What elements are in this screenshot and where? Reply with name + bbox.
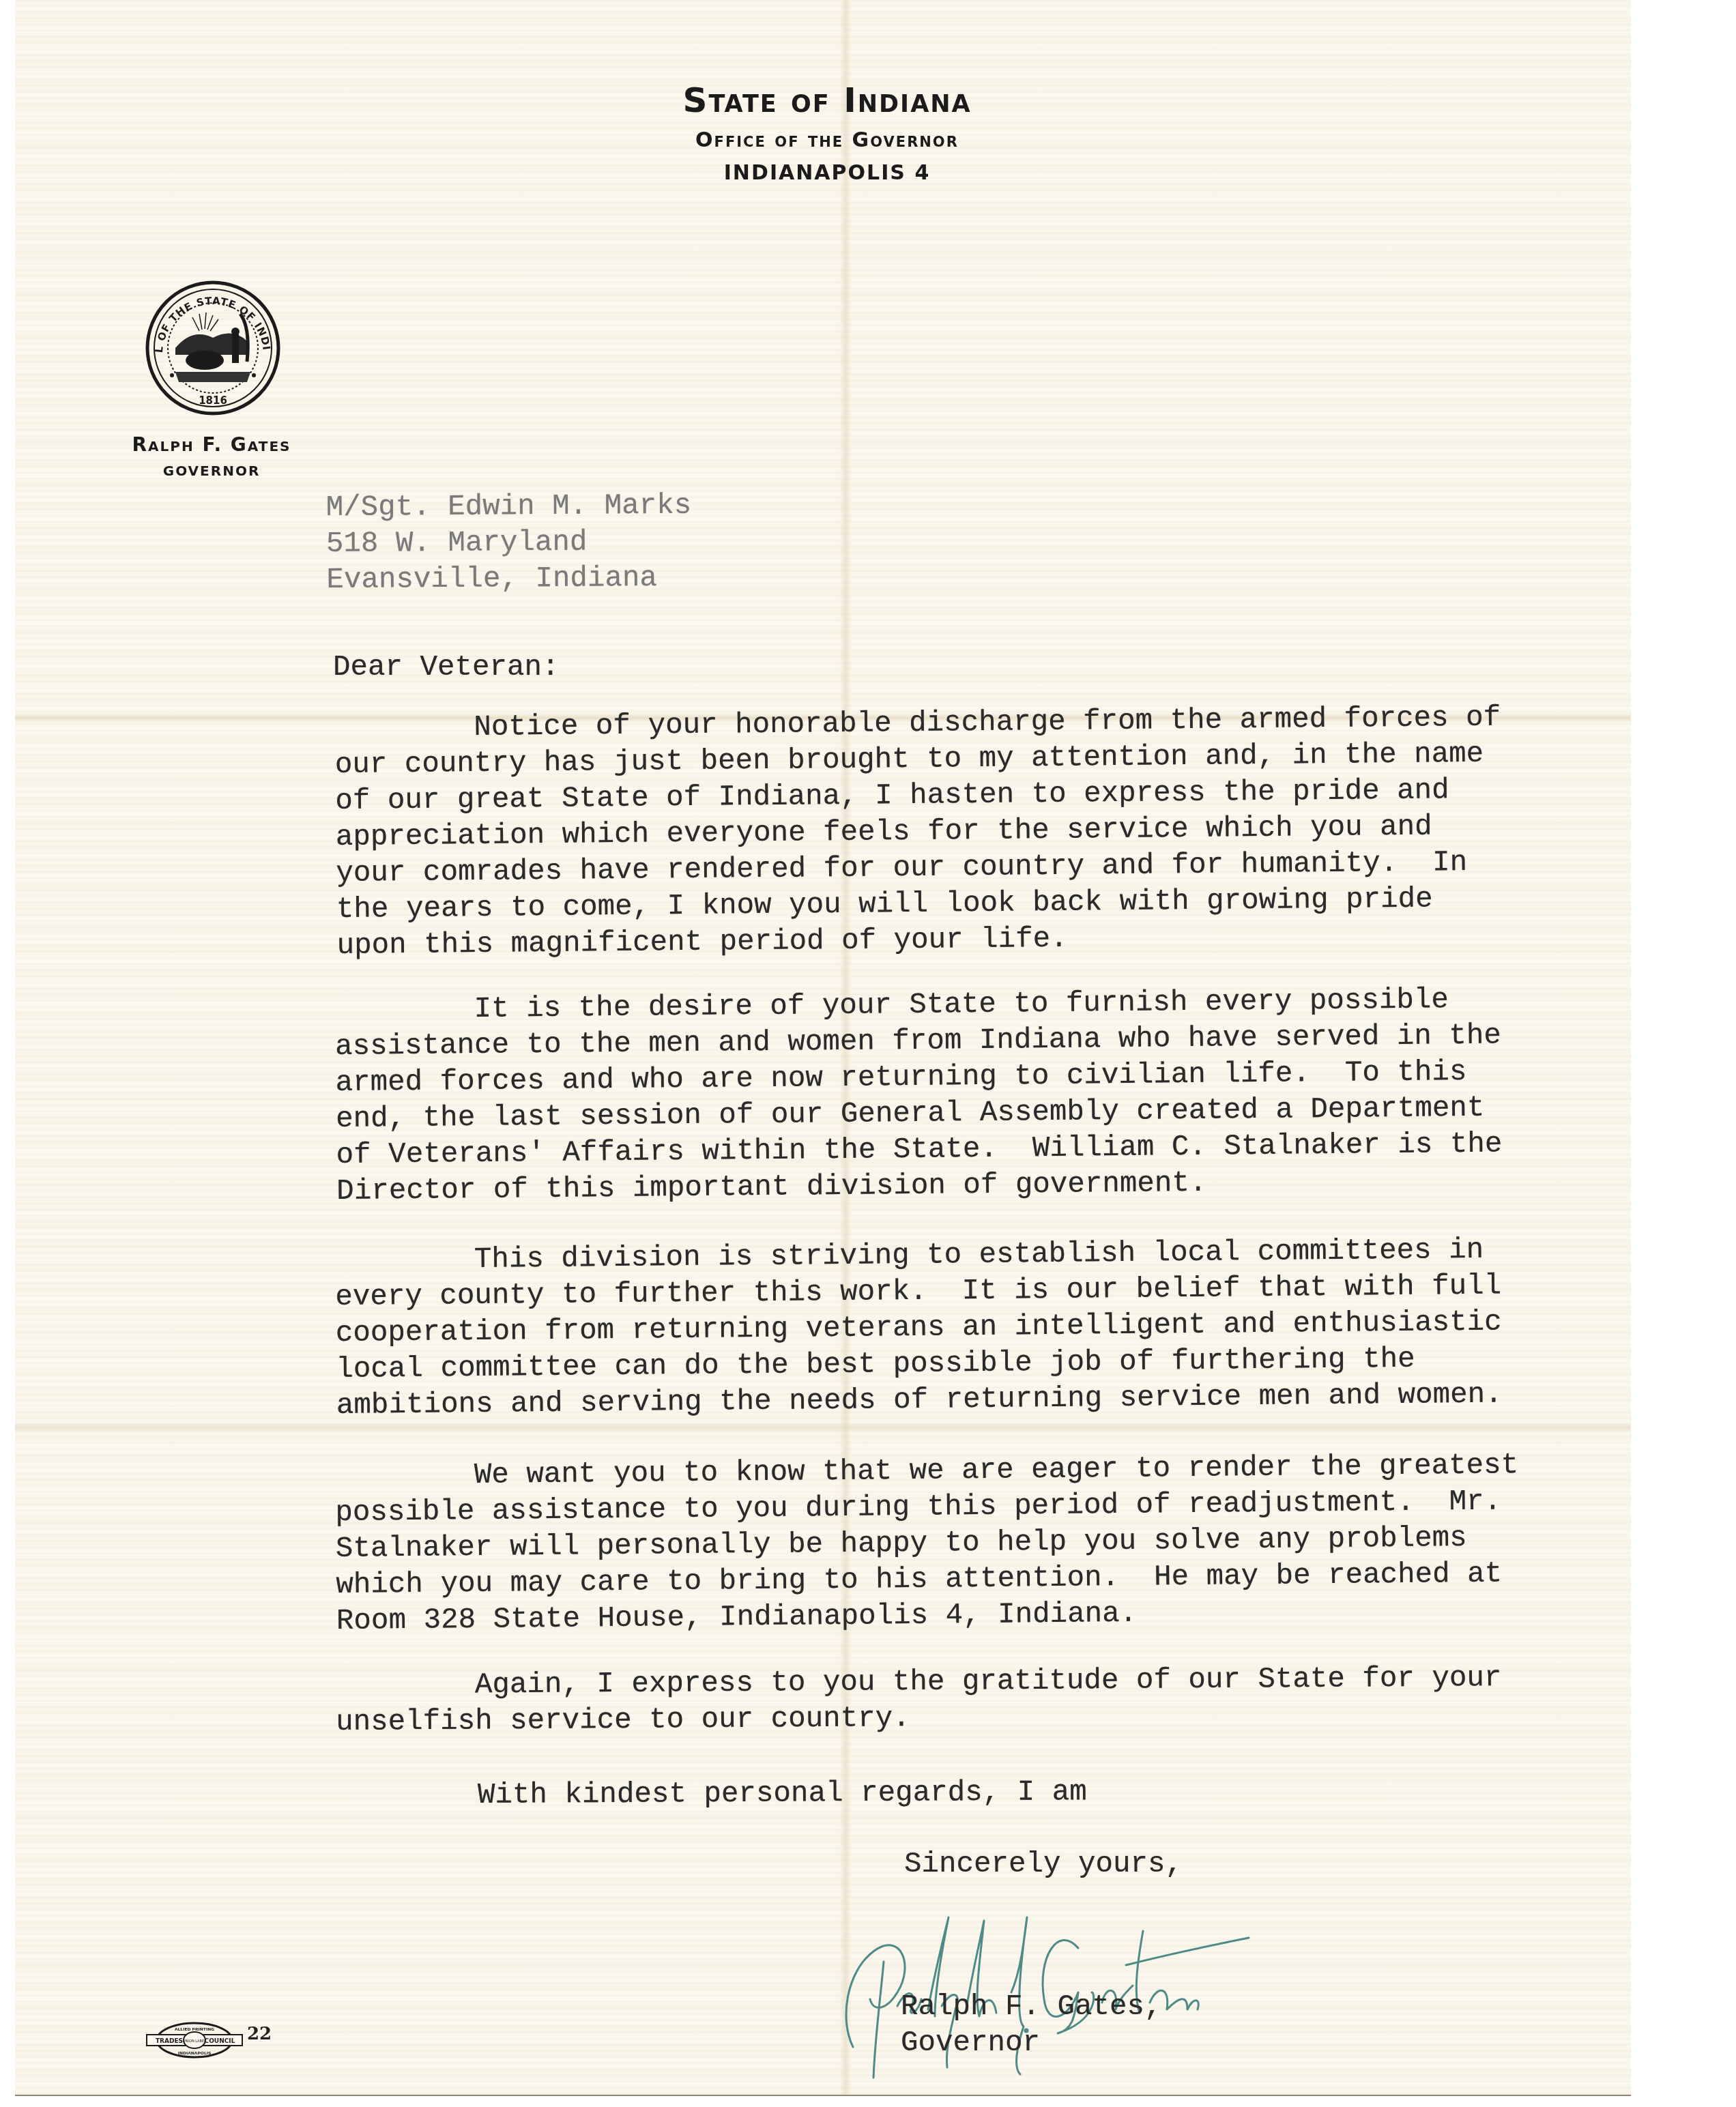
- svg-text:UNION LABEL: UNION LABEL: [183, 2039, 206, 2044]
- svg-text:1816: 1816: [199, 394, 227, 407]
- letterhead-office: Office of the Governor: [0, 128, 1695, 152]
- body-paragraph-3: This division is striving to establish l…: [335, 1232, 1503, 1424]
- signer-title: Governor: [901, 2025, 1040, 2061]
- body-paragraph-4: We want you to know that we are eager to…: [335, 1447, 1520, 1640]
- union-label-icon: TRADES COUNCIL UNION LABEL ALLIED PRINTI…: [143, 2021, 246, 2059]
- letterhead-governor-title: GOVERNOR: [109, 463, 314, 479]
- closing-regards: With kindest personal regards, I am: [478, 1774, 1087, 1814]
- signer-name: Ralph F. Gates,: [901, 1989, 1162, 2025]
- letterhead-title: State of Indiana: [0, 81, 1695, 120]
- svg-text:COUNCIL: COUNCIL: [205, 2038, 235, 2045]
- recipient-line: Evansville, Indiana: [326, 560, 692, 598]
- letterhead-governor-name: Ralph F. Gates: [109, 433, 314, 456]
- body-paragraph-1: Notice of your honorable discharge from …: [334, 700, 1503, 964]
- state-seal-icon: SEAL OF THE STATE OF INDIANA 1816: [145, 280, 281, 416]
- svg-text:INDIANAPOLIS: INDIANAPOLIS: [178, 2051, 212, 2056]
- union-label-number: 22: [247, 2024, 272, 2044]
- horizontal-fold-crease: [15, 1423, 1631, 1432]
- recipient-address: M/Sgt. Edwin M. Marks518 W. MarylandEvan…: [326, 488, 693, 598]
- body-paragraph-2: It is the desire of your State to furnis…: [334, 982, 1503, 1210]
- svg-text:ALLIED PRINTING: ALLIED PRINTING: [175, 2027, 214, 2032]
- svg-text:TRADES: TRADES: [156, 2038, 183, 2045]
- recipient-line: 518 W. Maryland: [326, 524, 692, 562]
- body-paragraph-5: Again, I express to you the gratitude of…: [336, 1660, 1502, 1741]
- salutation: Dear Veteran:: [333, 650, 560, 686]
- letterhead-city: INDIANAPOLIS 4: [0, 161, 1695, 185]
- complimentary-close: Sincerely yours,: [904, 1846, 1183, 1883]
- recipient-line: M/Sgt. Edwin M. Marks: [326, 488, 692, 526]
- handwritten-signature: [833, 1890, 1256, 2081]
